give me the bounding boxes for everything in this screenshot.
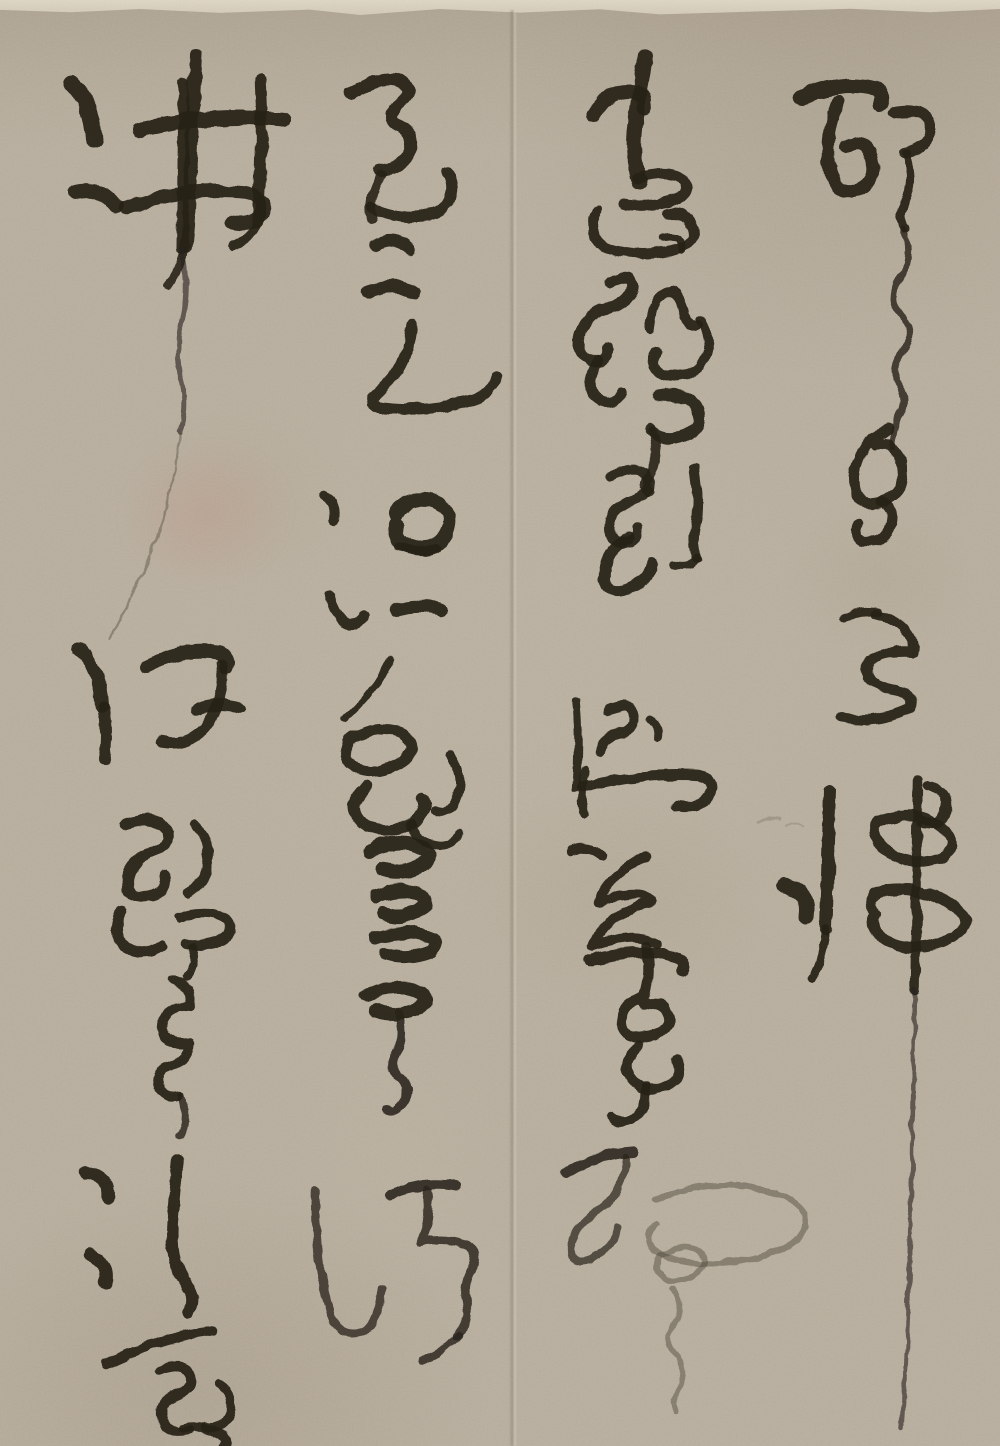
stroke-c4-r6 xyxy=(258,80,262,222)
stroke-c4-r7 xyxy=(182,84,184,248)
stroke-c4-s2 xyxy=(104,708,106,760)
ink-strokes-layer xyxy=(0,0,1000,1446)
stroke-c1-d2 xyxy=(826,790,830,928)
stroke-c3-l2 xyxy=(368,287,414,292)
stroke-c2-h1 xyxy=(576,700,578,788)
stroke-c3-m4 xyxy=(396,606,440,610)
stroke-c1-d6 xyxy=(915,780,918,990)
stroke-c4-s5 xyxy=(196,705,240,710)
stroke-c2-g3 xyxy=(694,468,698,558)
calligraphy-leaf xyxy=(0,0,1000,1446)
stroke-c3-l1 xyxy=(374,241,410,248)
